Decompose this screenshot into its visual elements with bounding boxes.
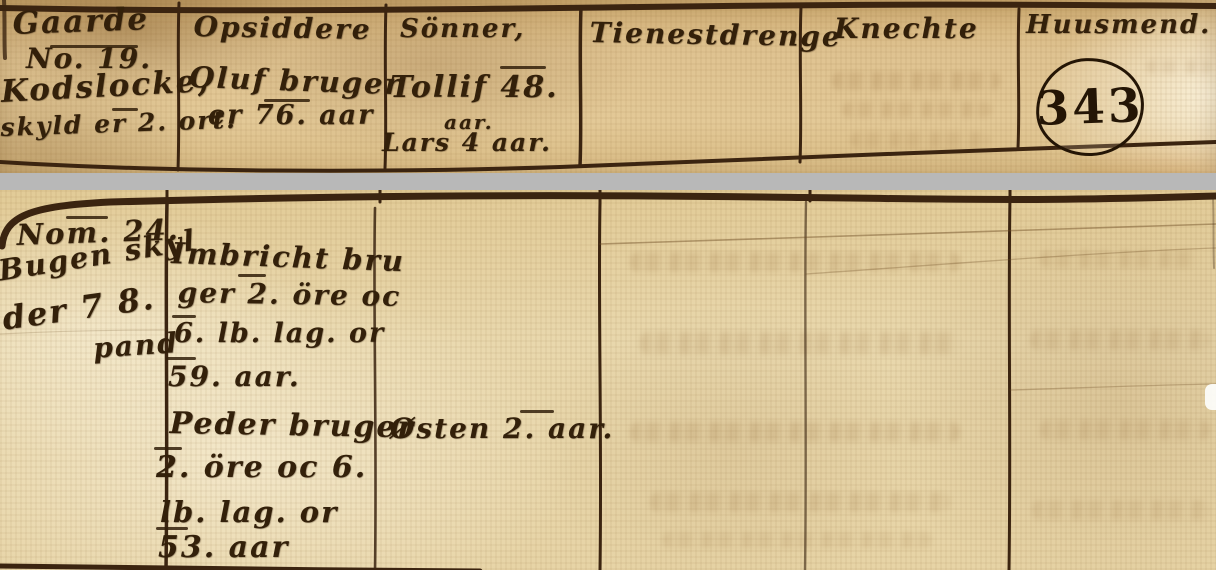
- occupier-entry-line: lb. lag. or: [160, 495, 338, 529]
- occupier-entry-line: 2. öre oc 6.: [156, 450, 367, 485]
- manuscript-page: Gaarde No. 19. Kodslocke, skyld er 2. or…: [0, 0, 1216, 570]
- overline-mark: [172, 315, 196, 318]
- page-number: 343: [1036, 78, 1145, 137]
- occupier-entry-line: Peder bruger: [169, 406, 415, 445]
- occupier-entry-line: er 76. aar: [208, 100, 374, 131]
- overline-mark: [500, 66, 546, 69]
- occupier-entry-line: 6. lb. lag. or: [174, 318, 385, 349]
- column-header-gaarde: Gaarde: [12, 1, 150, 42]
- sons-entry-line: Lars 4 aar.: [382, 128, 552, 157]
- sons-entry-line: Østen 2. aar.: [390, 412, 614, 445]
- overline-mark: [238, 274, 266, 277]
- column-header-knechte: Knechte: [834, 12, 979, 45]
- occupier-entry-line: 59. aar.: [168, 360, 301, 393]
- overline-mark: [166, 357, 196, 360]
- overline-mark: [156, 527, 188, 530]
- overline-mark: [112, 108, 138, 111]
- overline-mark: [264, 99, 310, 102]
- column-header-huusmend: Huusmend.: [1026, 10, 1211, 40]
- scan-divider-band: [0, 173, 1216, 190]
- paper-edge-notch: [1205, 384, 1216, 410]
- sons-entry-line: Tollif 48.: [390, 70, 559, 105]
- column-header-tienestdrenge: Tienestdrenge: [589, 16, 842, 53]
- occupier-entry-line: 53. aar: [158, 530, 289, 565]
- occupier-entry-line: ger 2. öre oc: [177, 276, 401, 313]
- overline-mark: [66, 216, 108, 219]
- column-header-sonner: Sönner,: [400, 14, 525, 44]
- overline-mark: [520, 410, 554, 413]
- column-header-opsiddere: Opsiddere: [193, 10, 371, 46]
- overline-mark: [154, 447, 182, 450]
